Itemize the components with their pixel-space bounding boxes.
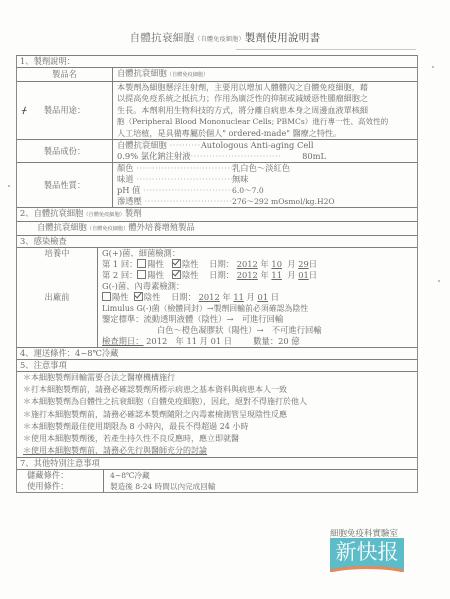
month-unit: 月: [287, 259, 295, 269]
scan-speck: [8, 185, 10, 187]
note-item: ＊施打本細胞製劑前，請務必確認本製劑隨附之內毒素檢測管呈現陰性反應: [17, 409, 417, 421]
section-7-heading: 7、其他特別注意事項: [17, 457, 417, 469]
section-2-sub: 自體抗衰細胞（自體免疫細胞）體外培養增殖製品: [17, 221, 417, 235]
inspection-row: 檢查期日： 2012 年 11 月 01 日 數量：20 億: [102, 336, 413, 347]
month-unit: 月: [287, 270, 295, 280]
composition-value: Autologous Anti-aging Cell: [201, 140, 314, 150]
label-culture: 培養中: [45, 248, 70, 259]
section-3-title: 3、感染檢查: [17, 236, 70, 247]
storage-value: 4~8℃冷藏: [110, 470, 413, 481]
property-item: 顏色 ··································乳白色…: [117, 163, 413, 174]
date-day: 01: [298, 270, 309, 280]
day-unit: 日: [309, 270, 317, 280]
label-before-shipment: 出廠前: [45, 292, 70, 303]
checkbox-positive[interactable]: [102, 292, 111, 301]
property-value: 乳白色～淡紅色: [232, 163, 290, 174]
section-5-notes: ＊本細胞製劑回輸需要合法之醫療機構施行 ＊打本細胞製劑前，請務必確認製劑所標示病…: [17, 371, 417, 457]
leader-dots: ··········: [169, 140, 200, 150]
date-day: 29: [298, 259, 309, 269]
section-1-heading: 1、製劑說明：: [17, 55, 417, 67]
date-day: 01: [257, 292, 268, 302]
date-label: 日期：: [171, 292, 196, 302]
composition-name: 0.9% 氯化鈉注射液: [117, 151, 191, 161]
row-product-name: 製品名 自體抗衰細胞（自體免疫細胞）: [17, 67, 417, 81]
section-2-sub-main: 自體抗衰細胞: [37, 222, 87, 232]
month-unit: 月: [247, 292, 255, 302]
checkbox-negative-checked[interactable]: [172, 270, 181, 279]
round-label: 第 2 回：: [102, 270, 137, 280]
section-2-title-suffix: 製劑: [125, 208, 142, 218]
note-item: ＊使用本細胞製劑前，請務必先行與醫師充分的討論: [17, 445, 417, 457]
property-name: 味道: [117, 174, 134, 184]
row-infection-test: 培養中 出廠前 G(+)菌、細菌檢測： 第 1 回：陽性 陰性 日期： 2012…: [17, 247, 417, 347]
title-paren: （自體免疫細胞）: [194, 36, 244, 43]
positive-label: 陽性: [147, 259, 164, 269]
year-unit: 年: [260, 270, 268, 280]
section-2-sub-suffix: 體外培養增殖製品: [128, 222, 194, 232]
property-item: 滲透壓 ·······························276～2…: [117, 196, 413, 207]
section-5-heading: 5、注意事項: [17, 359, 417, 371]
negative-label: 陰性: [182, 270, 199, 280]
product-name-small: （自體免疫細胞）: [167, 72, 209, 78]
round-label: 第 1 回：: [102, 259, 137, 269]
limulus-note: Limulus G(-)菌（檢體同封）→製劑回輸前必須確認為陰性: [102, 303, 413, 314]
composition-name: 自體抗衰細胞: [117, 140, 167, 150]
usage-condition-label: 使用條件：: [27, 481, 69, 492]
date-label: 日期：: [209, 270, 234, 280]
usage-condition-value: 製造後 8-24 時間以內完成回輸: [110, 481, 413, 492]
section-2-title-small: （自體免疫細胞）: [83, 212, 125, 218]
section-4: 4、運送條件：4~8℃冷藏: [17, 347, 417, 359]
positive-label: 陽性: [147, 270, 164, 280]
row-usage: 製品用途： 本製劑為細胞懸浮注射劑，主要用以增加人體體內之自體免疫細胞，藉 以提…: [17, 81, 417, 139]
day-unit: 日: [309, 259, 317, 269]
section-2-heading-text: 2、自體抗衰細胞（自體免疫細胞）製劑: [17, 208, 144, 221]
section-4-title: 4、運送條件：4~8℃冷藏: [17, 348, 121, 359]
checkbox-negative-checked[interactable]: [134, 292, 143, 301]
note-item: ＊本細胞製劑為自體性之抗衰細胞（自體免疫細胞），因此，絕對不得施打於他人: [17, 396, 417, 408]
quantity-label: 數量：: [253, 336, 278, 346]
section-5-title: 5、注意事項: [17, 360, 70, 371]
date-month: 11: [233, 292, 244, 302]
scan-speck: [438, 280, 440, 282]
composition-value: 80mL: [302, 151, 326, 161]
note-item: ＊本細胞製劑最佳使用期限為 8 小時內，最長不得超過 24 小時: [17, 421, 417, 433]
gplus-title: G(+)菌、細菌檢測：: [102, 248, 413, 259]
property-value: 6.0～7.0: [232, 185, 264, 196]
logo-text: 新快报: [330, 539, 404, 565]
leader-dots: ·······························: [145, 196, 232, 206]
section-3-heading: 3、感染檢查: [17, 235, 417, 247]
gminus-title: G(-)菌、內毒素檢測：: [102, 281, 413, 292]
label-infection-phase: 培養中 出廠前: [17, 248, 98, 347]
property-name: 滲透壓: [117, 196, 142, 206]
section-7-rows: 儲藏條件： 使用條件： 4~8℃冷藏 製造後 8-24 時間以內完成回輸: [17, 469, 417, 492]
title-suffix: 製劑使用說明書: [245, 32, 321, 44]
usage-line: 生長。本劑利用生物科技的方式，將分離自病患本身之周邊血液單核細: [117, 105, 413, 116]
date-month: 11: [271, 270, 282, 280]
property-name: 顏色: [117, 163, 134, 173]
property-item: pH 值 ································6.0…: [117, 185, 413, 196]
value-column: 4~8℃冷藏 製造後 8-24 時間以內完成回輸: [104, 470, 417, 492]
composition-item: 0.9% 氯化鈉注射液·····························…: [117, 151, 413, 162]
value-product-name: 自體抗衰細胞（自體免疫細胞）: [113, 68, 417, 81]
row-composition: 製品成份： 自體抗衰細胞 ··········Autologous Anti-a…: [17, 139, 417, 162]
checkbox-positive[interactable]: [137, 259, 146, 268]
date-year: 2012: [237, 270, 258, 280]
usage-line: 以提高免疫系統之抵抗力；作用為廣泛性的抑制或減緩惡性腫瘤細胞之: [117, 93, 413, 104]
label-properties: 製品性質：: [17, 163, 113, 207]
negative-label: 陰性: [144, 292, 161, 302]
property-value: 276～292 mOsmol/kg.H2O: [232, 196, 335, 207]
inspection-date: 2012 年 11 月 01 日: [146, 336, 232, 346]
property-name: pH 值: [117, 185, 140, 195]
section-2-title: 2、自體抗衰細胞: [20, 208, 83, 218]
leader-dots: ·····························: [191, 151, 282, 161]
value-properties: 顏色 ··································乳白色…: [113, 163, 417, 207]
value-composition: 自體抗衰細胞 ··········Autologous Anti-aging C…: [113, 140, 417, 162]
row-properties: 製品性質： 顏色 ·······························…: [17, 162, 417, 207]
section-2-sub-small: （自體免疫細胞）: [87, 226, 129, 232]
title-underline: [236, 49, 416, 50]
inspection-label: 檢查期日：: [102, 336, 144, 346]
composition-item: 自體抗衰細胞 ··········Autologous Anti-aging C…: [117, 140, 413, 151]
instruction-form: 1、製劑說明： 製品名 自體抗衰細胞（自體免疫細胞） 製品用途： 本製劑為細胞懸…: [16, 55, 418, 493]
label-usage: 製品用途：: [17, 82, 113, 139]
property-item: 味道 ··································無味: [117, 174, 413, 185]
quantity-value: 20 億: [278, 336, 300, 346]
section-2-heading: 2、自體抗衰細胞（自體免疫細胞）製劑: [17, 207, 417, 221]
document-title: 自體抗衰細胞（自體免疫細胞）製劑使用說明書: [0, 30, 450, 45]
section-2-sub-text: 自體抗衰細胞（自體免疫細胞）體外培養增殖製品: [17, 222, 198, 235]
note-item: ＊本細胞製劑回輸需要合法之醫療機構施行: [17, 372, 417, 384]
negative-label: 陰性: [182, 259, 199, 269]
title-main: 自體抗衰細胞: [130, 32, 195, 44]
criteria-negative: 鑒定標準：流動透明液體（陰性）→ 可進行回輸: [102, 314, 413, 325]
date-year: 2012: [199, 292, 220, 302]
round-1: 第 1 回：陽性 陰性 日期： 2012 年 10 月 29日: [102, 259, 413, 270]
date-year: 2012: [237, 259, 258, 269]
date-month: 10: [271, 259, 282, 269]
newspaper-logo: 新快报: [330, 538, 404, 572]
usage-line: 胞（Peripheral Blood Mononuclear Cells; PB…: [117, 116, 413, 127]
gminus-result: 陽性 陰性 日期： 2012 年 11 月 01 日: [102, 292, 413, 303]
product-name-text: 自體抗衰細胞: [117, 68, 167, 78]
note-item: ＊打本細胞製劑前，請務必確認製劑所標示病患之基本資料與病患本人一致: [17, 384, 417, 396]
checkbox-negative-checked[interactable]: [172, 259, 181, 268]
property-value: 無味: [232, 174, 249, 185]
checkbox-positive[interactable]: [137, 270, 146, 279]
year-unit: 年: [222, 292, 230, 302]
value-usage: 本製劑為細胞懸浮注射劑，主要用以增加人體體內之自體免疫細胞，藉 以提高免疫系統之…: [113, 82, 417, 139]
infection-details: G(+)菌、細菌檢測： 第 1 回：陽性 陰性 日期： 2012 年 10 月 …: [98, 248, 417, 347]
scan-speck: [432, 66, 434, 68]
criteria-positive: 白色～橙色凝膠狀（陽性）→ 不可進行回輸: [102, 325, 413, 336]
label-composition: 製品成份：: [17, 140, 113, 162]
usage-line: 人工培植，是具備專屬於個人" ordered-made" 醫療之特性。: [117, 128, 413, 139]
year-unit: 年: [260, 259, 268, 269]
leader-dots: ································: [143, 185, 232, 195]
usage-line: 本製劑為細胞懸浮注射劑，主要用以增加人體體內之自體免疫細胞，藉: [117, 82, 413, 93]
note-item: ＊使用本細胞製劑後，若產生持久性不良反應時，應立即就醫: [17, 433, 417, 445]
date-label: 日期：: [209, 259, 234, 269]
label-product-name: 製品名: [17, 68, 113, 81]
section-7-title: 7、其他特別注意事項: [17, 458, 103, 469]
leader-dots: ··································: [136, 163, 232, 173]
label-column: 儲藏條件： 使用條件：: [17, 470, 104, 492]
leader-dots: ··································: [136, 174, 232, 184]
round-2: 第 2 回：陽性 陰性 日期： 2012 年 11 月 01日: [102, 270, 413, 281]
storage-label: 儲藏條件：: [27, 470, 69, 481]
positive-label: 陽性: [112, 292, 129, 302]
day-unit: 日: [271, 292, 279, 302]
